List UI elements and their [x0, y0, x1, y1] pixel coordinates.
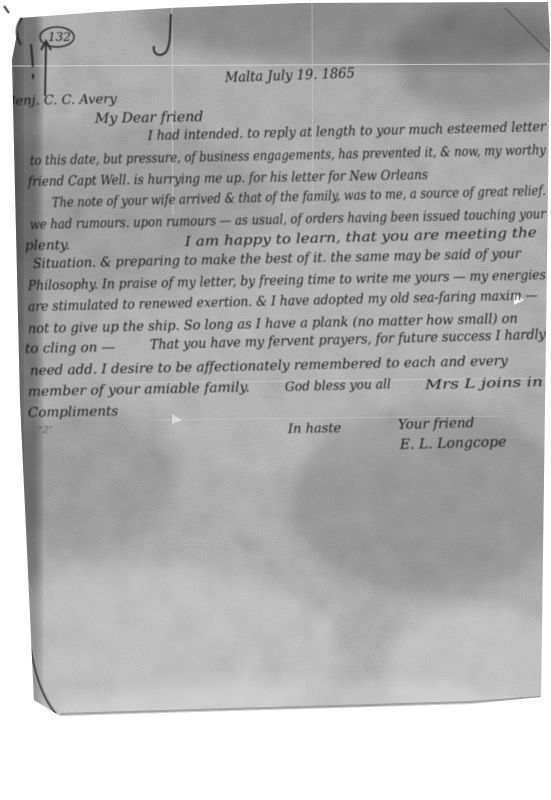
recipient-line: Benj. C. C. Avery: [5, 92, 118, 109]
closing-in-haste: In haste: [287, 421, 342, 437]
signature: E. L. Longcope: [399, 434, 507, 453]
archival-number: 132: [48, 30, 71, 44]
salutation: My Dear friend: [94, 109, 204, 127]
letter-scan: 132 Malta July 19. 1865 Benj. C. C. Aver…: [0, 0, 551, 800]
arrow-pen-mark: [45, 42, 46, 96]
closing-your-friend: Your friend: [398, 415, 475, 433]
page-number-annotation: “2”: [38, 425, 53, 436]
body-line: Compliments: [28, 403, 119, 421]
body-line: plenty.: [25, 237, 70, 254]
blessing-line: God bless you all: [285, 377, 391, 395]
scanned-letter-page: 132 Malta July 19. 1865 Benj. C. C. Aver…: [0, 0, 551, 800]
joins-line: Mrs L joins in: [423, 375, 543, 393]
body-line: to cling on —: [25, 339, 116, 357]
